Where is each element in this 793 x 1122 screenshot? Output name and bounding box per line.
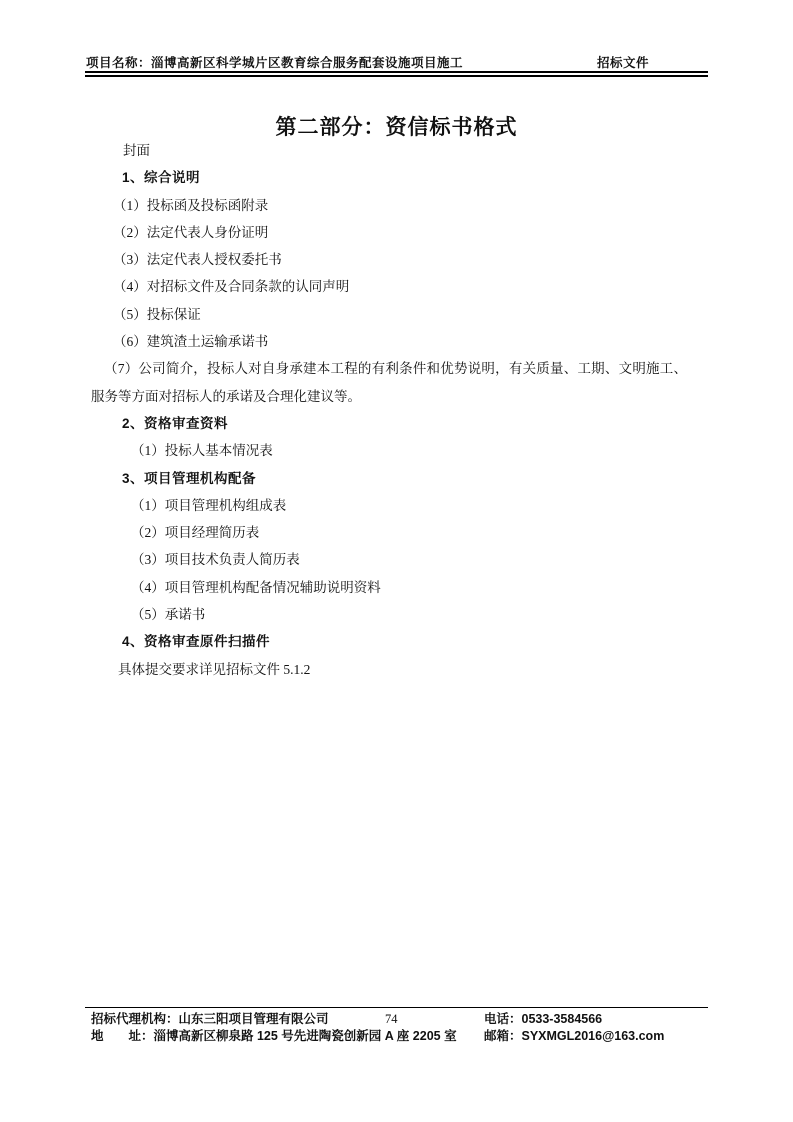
body-item-1-3: （3）法定代表人授权委托书 [113,246,707,273]
body-heading-4: 4、资格审查原件扫描件 [122,628,707,655]
body-item-2-1: （1）投标人基本情况表 [131,437,707,464]
header-project-name: 项目名称：淄博高新区科学城片区教育综合服务配套设施项目施工 [86,53,463,71]
body-heading-3: 3、项目管理机构配备 [122,465,707,492]
page-header: 项目名称：淄博高新区科学城片区教育综合服务配套设施项目施工 招标文件 [86,53,709,71]
body-item-3-3: （3）项目技术负责人简历表 [131,546,707,573]
body-note: 具体提交要求详见招标文件 5.1.2 [118,656,707,683]
body-line-cover: 封面 [123,137,707,164]
footer-divider [85,1007,708,1008]
body-item-3-1: （1）项目管理机构组成表 [131,492,707,519]
body-item-1-6: （6）建筑渣土运输承诺书 [113,328,707,355]
body-item-3-5: （5）承诺书 [131,601,707,628]
body-item-1-4: （4）对招标文件及合同条款的认同声明 [113,273,707,300]
footer-phone: 电话：0533-3584566 [484,1011,602,1028]
body-item-1-5: （5）投标保证 [113,301,707,328]
body-heading-2: 2、资格审查资料 [122,410,707,437]
body-item-3-2: （2）项目经理简历表 [131,519,707,546]
body-item-1-2: （2）法定代表人身份证明 [113,219,707,246]
body-item-3-4: （4）项目管理机构配备情况辅助说明资料 [131,574,707,601]
body-item-1-7-paragraph: （7）公司简介，投标人对自身承建本工程的有利条件和优势说明，有关质量、工期、文明… [91,355,687,410]
document-page: 项目名称：淄博高新区科学城片区教育综合服务配套设施项目施工 招标文件 第二部分：… [0,0,793,1122]
footer-address: 地 址：淄博高新区柳泉路 125 号先进陶瓷创新园 A 座 2205 室 [91,1028,457,1045]
header-divider [85,71,708,77]
footer-email: 邮箱：SYXMGL2016@163.com [484,1028,664,1045]
footer-agency: 招标代理机构：山东三阳项目管理有限公司 [91,1011,329,1028]
body-heading-1: 1、综合说明 [122,164,707,191]
body-item-1-1: （1）投标函及投标函附录 [113,192,707,219]
document-body: 封面 1、综合说明 （1）投标函及投标函附录 （2）法定代表人身份证明 （3）法… [85,137,707,683]
header-doc-label: 招标文件 [597,53,649,71]
footer-page-number: 74 [385,1011,398,1028]
